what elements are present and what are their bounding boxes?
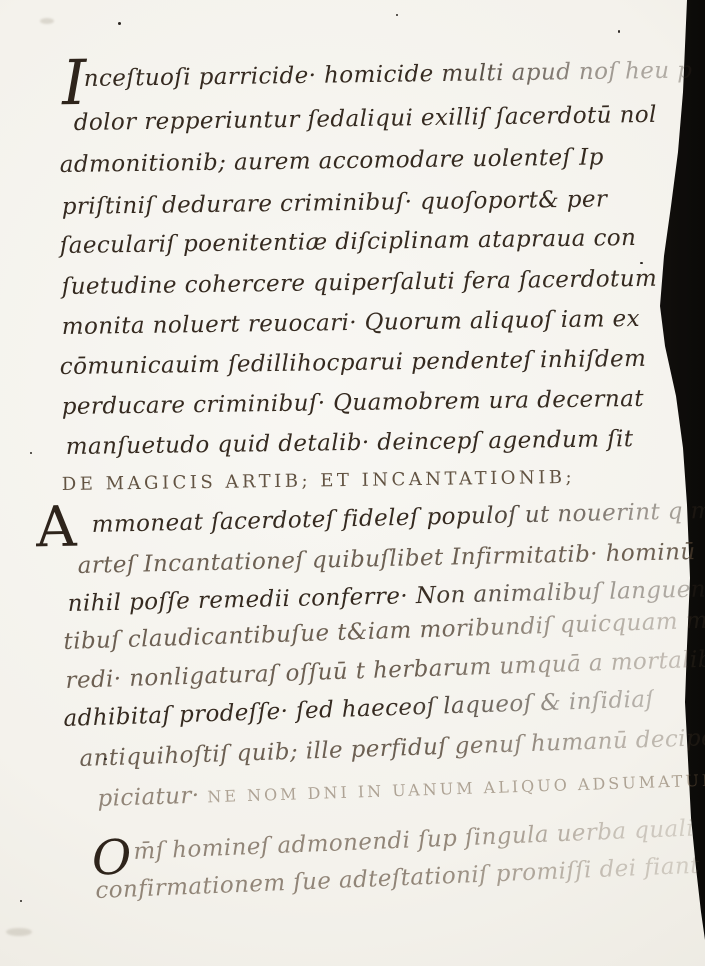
dirt-speck — [618, 30, 620, 33]
manuscript-line: manſuetudo quid detalib· deincepſ agendu… — [66, 426, 634, 460]
manuscript-line: antiquihoſtiſ quib; ille perfiduſ genuſ … — [79, 725, 705, 772]
manuscript-line: adhibitaſ prodeſſe· ſed haeceoſ laqueoſ … — [63, 686, 655, 732]
manuscript-line: nceſtuoſi parricide· homicide multi apud… — [84, 58, 693, 92]
dirt-speck — [396, 14, 398, 16]
dirt-speck — [20, 900, 22, 902]
dirt-speck — [104, 758, 107, 760]
manuscript-line: arteſ Incantationeſ quibuſlibet Infirmit… — [77, 539, 695, 579]
manuscript-line: priſtiniſ dedurare criminibuſ· quoſoport… — [62, 186, 608, 220]
dirt-speck — [30, 452, 32, 454]
manuscript-line: monita noluert reuocari· Quorum aliquoſ … — [62, 306, 640, 340]
line-start: piciatur· — [97, 783, 200, 812]
scan-smudge — [6, 928, 32, 936]
dirt-speck — [640, 262, 643, 264]
manuscript-line: admonitionib; aurem accomodare uolenteſ … — [60, 144, 604, 178]
manuscript-page: I A O nceſtuoſi parricide· homicide mult… — [0, 0, 705, 966]
initial-letter-A: A — [36, 500, 77, 557]
manuscript-line: mmoneat ſacerdoteſ fideleſ populoſ ut no… — [91, 497, 705, 538]
manuscript-line: perducare criminibuſ· Quamobrem ura dece… — [62, 386, 644, 420]
dirt-speck — [118, 22, 121, 25]
initial-letter-O: O — [92, 834, 132, 883]
scan-smudge — [40, 18, 54, 24]
manuscript-line: piciatur· NE NOM DNI IN UANUM ALIQUO ADS… — [97, 765, 705, 812]
manuscript-line: dolor repperiuntur ſedaliqui exilliſ ſac… — [74, 102, 657, 136]
manuscript-line: ſuetudine cohercere quiperſaluti fera ſa… — [62, 266, 658, 300]
manuscript-line: cōmunicauim ſedillihocparui pendenteſ in… — [60, 346, 647, 380]
rubric-faded-heading: NE NOM DNI IN UANUM ALIQUO ADSUMATUR — [207, 770, 705, 806]
manuscript-line: ſaeculariſ poenitentiæ diſciplinam atapr… — [60, 225, 637, 259]
rubric-heading: DE MAGICIS ARTIB; ET INCANTATIONIB; — [62, 467, 576, 495]
